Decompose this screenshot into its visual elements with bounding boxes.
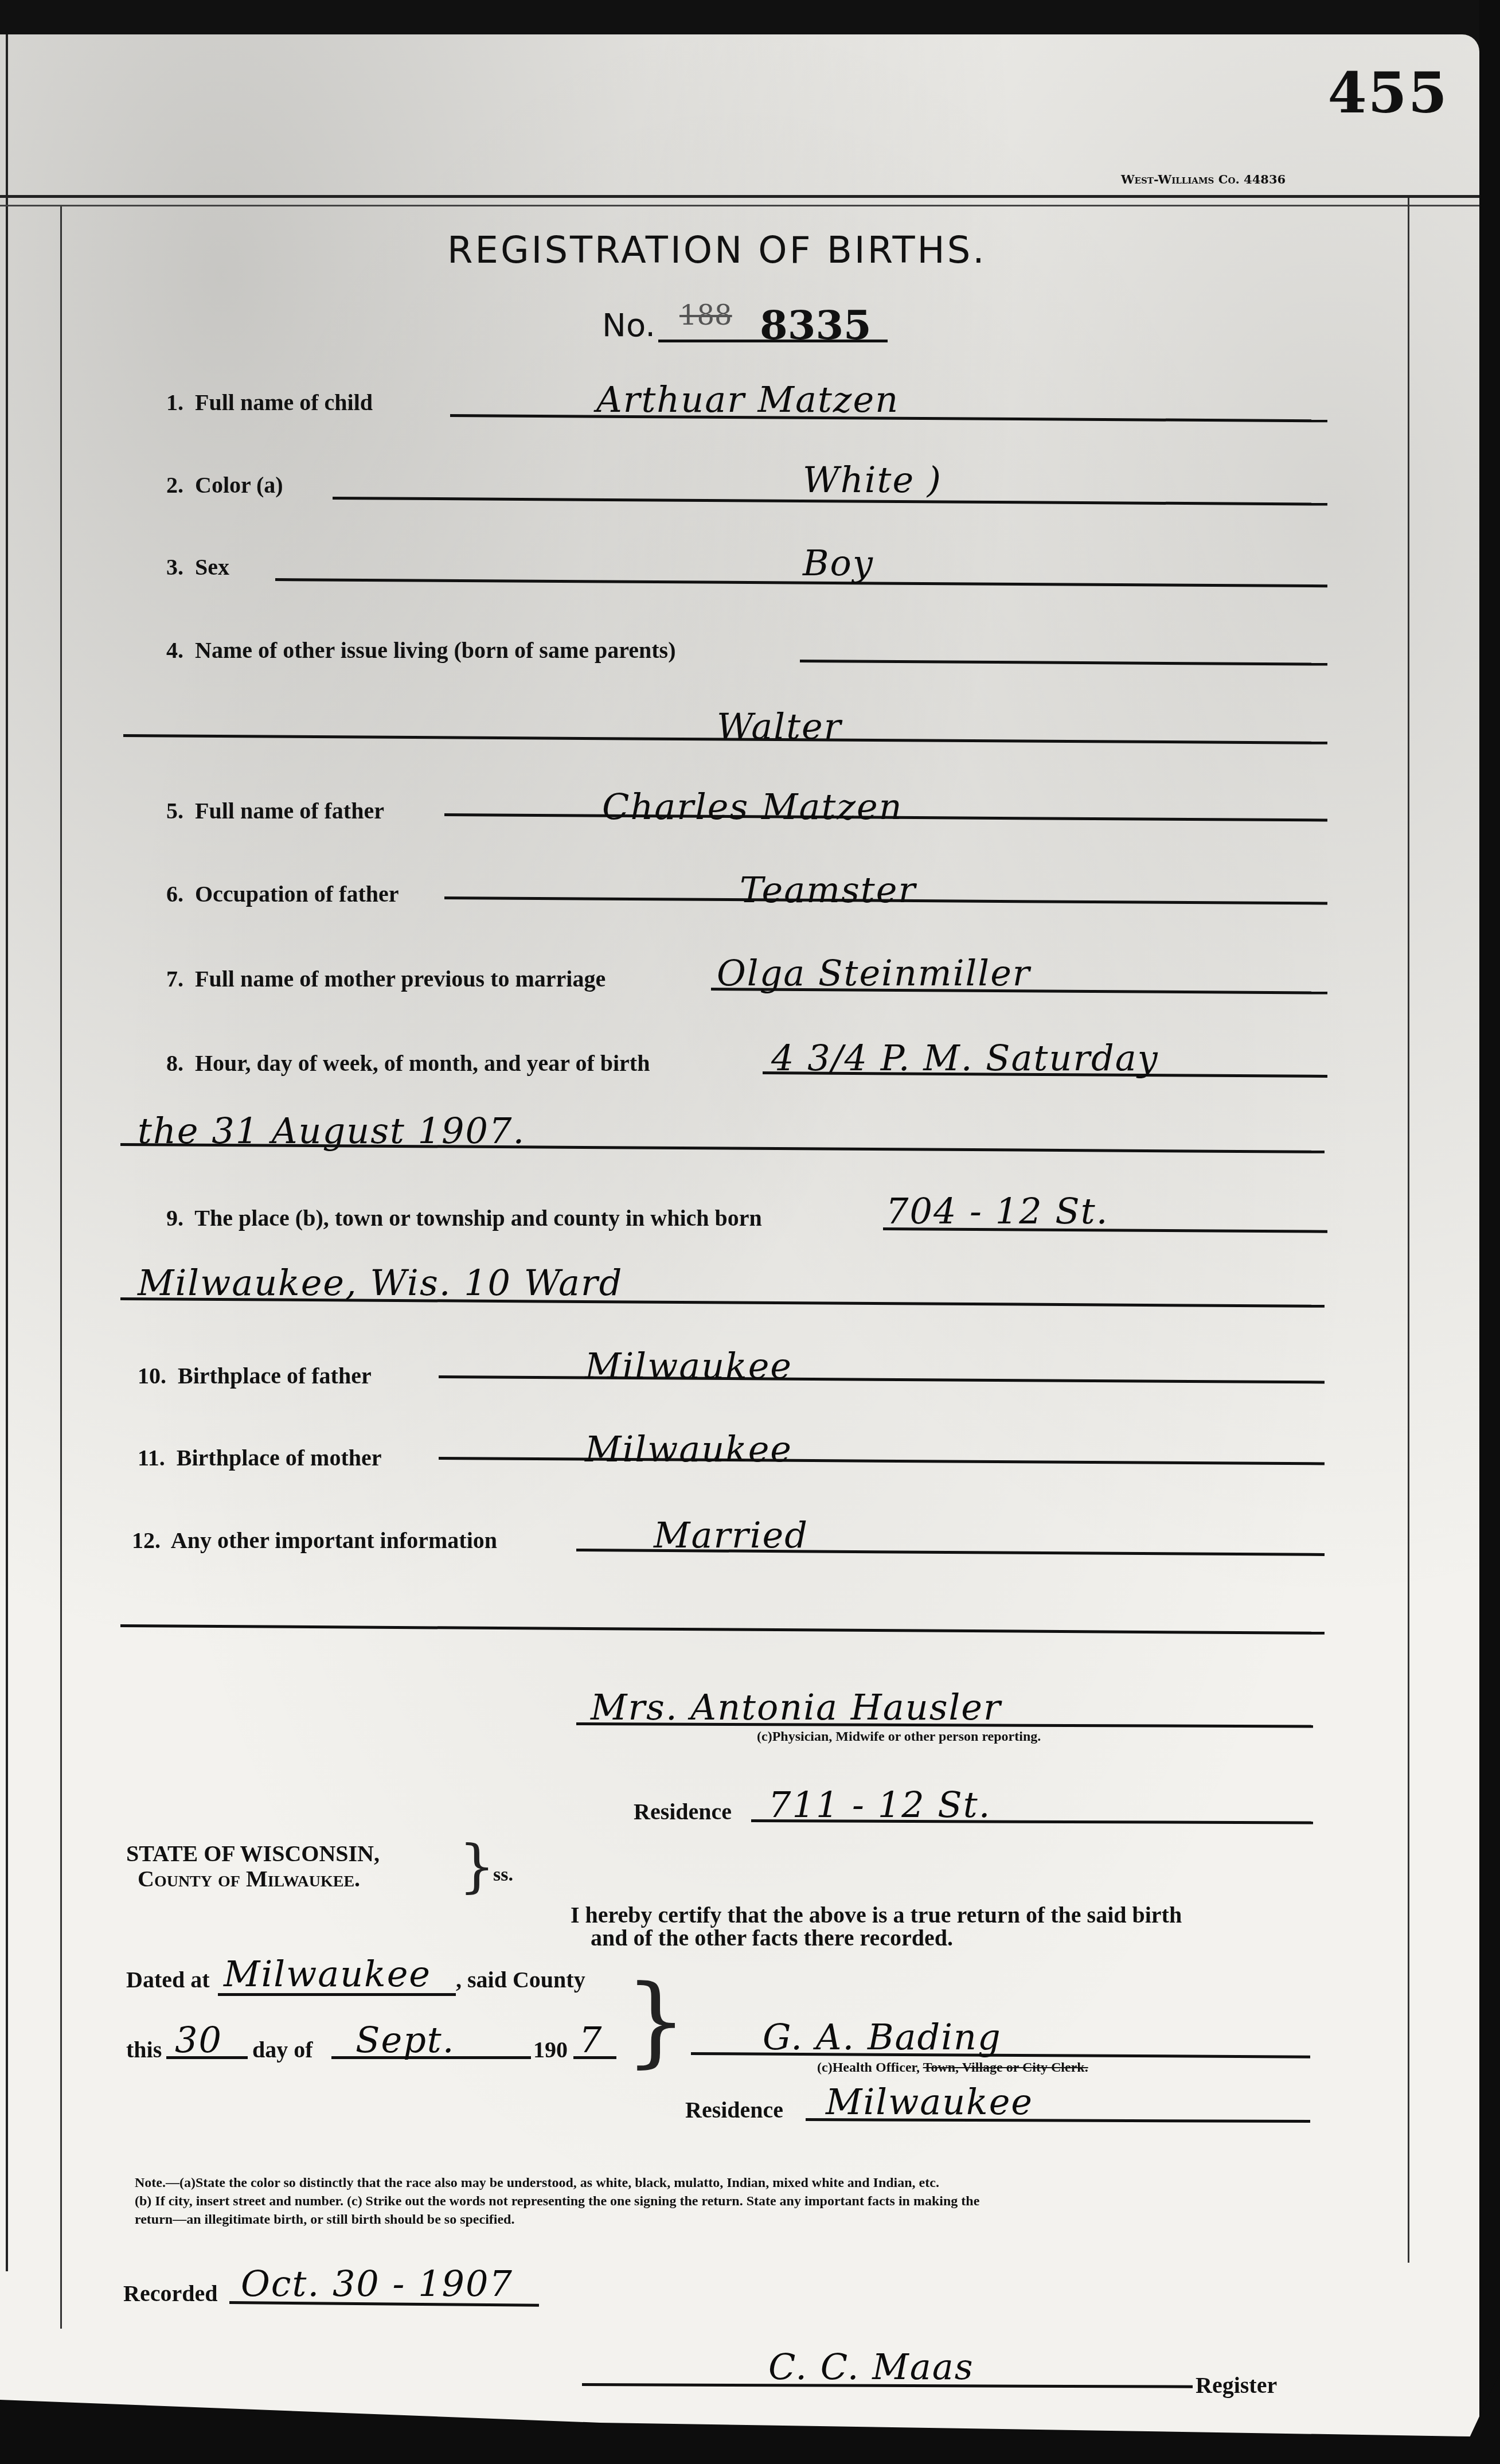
footnote-line: return—an illegitimate birth, or still b… [135,2210,1310,2229]
field-label-mother-birthplace: 11. Birthplace of mother [138,1444,382,1471]
field-label-color: 2. Color (a) [166,471,283,498]
reporter-signature: Mrs. Antonia Hausler [591,1686,1002,1728]
officer-signature: G. A. Bading [763,2016,1002,2058]
registration-number-struck: 188 [679,299,732,332]
color-value: White ) [803,459,942,501]
field-label-child-name: 1. Full name of child [166,389,373,416]
jurisdiction-block: STATE OF WISCONSIN, County of Milwaukee. [126,1841,380,1892]
certification-text-line2: and of the other facts there recorded. [591,1924,953,1951]
printer-imprint: West-Williams Co. 44836 [1121,172,1286,186]
officer-residence-value: Milwaukee [826,2081,1033,2123]
birth-date-value: the 31 August 1907. [138,1110,525,1152]
registration-number-label: No. [602,307,655,344]
left-margin-rule [60,206,62,2329]
register-signature: C. C. Maas [768,2346,974,2388]
year-prefix: 190 [533,2036,568,2063]
register-label: Register [1196,2372,1277,2399]
field-label-birth-place: 9. The place (b), town or township and c… [166,1204,762,1231]
right-margin-rule [1408,198,1409,2263]
state-name: STATE OF WISCONSIN, [126,1841,380,1866]
dated-at-label: Dated at [126,1966,210,1993]
year-suffix-value: 7 [579,2019,603,2061]
recorded-label: Recorded [123,2280,217,2307]
header-double-rule [0,195,1479,206]
other-info-value: Married [654,1514,808,1556]
officer-caption: (c)Health Officer, Town, Village or City… [817,2060,1088,2076]
left-border-rule [6,34,8,2271]
father-name-value: Charles Matzen [602,786,903,828]
dated-at-value: Milwaukee [224,1953,431,1995]
recorded-date-value: Oct. 30 - 1907 [241,2263,513,2305]
field-label-birth-datetime: 8. Hour, day of week, of month, and year… [166,1050,650,1077]
other-issue-value: Walter [717,705,842,747]
field-label-mother-maiden-name: 7. Full name of mother previous to marri… [166,965,606,992]
form-title: REGISTRATION OF BIRTHS. [447,229,987,272]
field-label-other-issue: 4. Name of other issue living (born of s… [166,637,675,664]
day-value: 30 [175,2019,222,2061]
field-label-father-occupation: 6. Occupation of father [166,880,399,907]
birth-city-value: Milwaukee, Wis. 10 Ward [138,1262,623,1304]
field-label-other-info: 12. Any other important information [132,1527,497,1554]
reporter-residence-value: 711 - 12 St. [768,1784,991,1826]
officer-residence-label: Residence [685,2096,783,2123]
father-occupation-value: Teamster [740,869,916,911]
this-day-label: this [126,2036,162,2063]
brace: } [625,1964,687,2078]
sex-value: Boy [803,542,874,584]
month-value: Sept. [356,2019,455,2061]
registration-number-line [658,340,888,342]
mother-birthplace-value: Milwaukee [585,1428,792,1470]
field-label-father-name: 5. Full name of father [166,797,384,824]
reporter-caption: (c)Physician, Midwife or other person re… [757,1729,1041,1745]
brace: } [459,1833,495,1900]
footnote-line: Note.—(a)State the color so distinctly t… [135,2174,1310,2192]
father-birthplace-value: Milwaukee [585,1345,792,1387]
footnote-line: (b) If city, insert street and number. (… [135,2192,1310,2210]
page-number: 455 [1327,60,1448,126]
ss-abbreviation: ss. [493,1864,513,1886]
field-label-sex: 3. Sex [166,553,229,580]
day-of-label: day of [252,2036,313,2063]
birth-time-value: 4 3/4 P. M. Saturday [771,1037,1159,1079]
mother-maiden-name-value: Olga Steinmiller [717,952,1030,994]
county-name: County of Milwaukee. [126,1866,380,1892]
said-county-label: , said County [456,1966,585,1993]
birth-address-value: 704 - 12 St. [886,1190,1108,1232]
field-label-father-birthplace: 10. Birthplace of father [138,1362,372,1389]
reporter-residence-label: Residence [634,1798,732,1825]
child-name-value: Arthuar Matzen [596,379,899,420]
form-footnote: Note.—(a)State the color so distinctly t… [135,2174,1310,2229]
scan-edge-shadow [1479,0,1500,2464]
